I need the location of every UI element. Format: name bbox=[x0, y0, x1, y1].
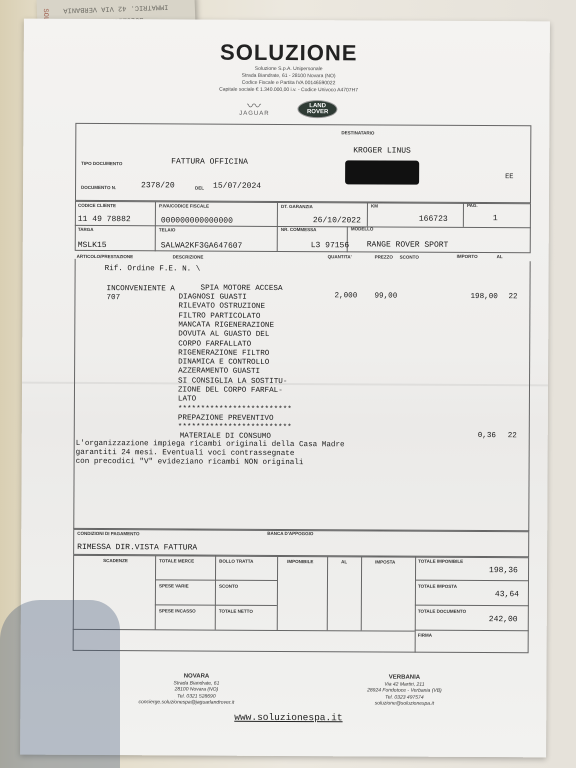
warranty-date: 26/10/2022 bbox=[313, 216, 361, 225]
footer-novara: NOVARA Strada Biandrate, 61 28100 Novara… bbox=[146, 673, 246, 706]
jaguar-logo: 〰 JAGUAR bbox=[239, 101, 269, 117]
hand-shadow bbox=[0, 600, 120, 768]
col-quantity: QUANTITA' bbox=[328, 254, 352, 259]
km-label: KM bbox=[371, 203, 378, 208]
item-vat: 22 bbox=[508, 293, 517, 302]
item-code-2: 707 bbox=[106, 294, 120, 303]
plate-label: TARGA bbox=[78, 227, 94, 232]
doc-type-label: TIPO DOCUMENTO bbox=[81, 161, 122, 166]
description-line: MANCATA RIGENERAZIONE bbox=[178, 321, 274, 331]
net-total-label: TOTALE NETTO bbox=[219, 609, 253, 614]
doc-type: FATTURA OFFICINA bbox=[171, 157, 248, 166]
footer-verbania: VERBANIA Via 42 Martiri, 211 28924 Fondo… bbox=[354, 674, 454, 707]
vat-id-label: P.IVA/CODICE FISCALE bbox=[159, 203, 209, 208]
payment-terms-label: CONDIZIONI DI PAGAMENTO bbox=[77, 531, 139, 536]
document-total: 242,00 bbox=[489, 615, 518, 624]
doc-number-label: DOCUMENTO N. bbox=[81, 185, 116, 190]
km-value: 166723 bbox=[419, 215, 448, 224]
signature-label: FIRMA bbox=[418, 633, 432, 638]
bank-label: BANCA D'APPOGGIO bbox=[267, 531, 313, 536]
col-discount: SCONTO bbox=[400, 255, 419, 260]
item-quantity: 2,000 bbox=[334, 292, 357, 301]
vat-id: 000000000000000 bbox=[161, 216, 233, 225]
recipient-label: DESTINATARIO bbox=[341, 130, 374, 135]
misc-expenses-label: SPESE VARIE bbox=[159, 583, 189, 588]
due-dates-label: SCADENZE bbox=[103, 558, 128, 563]
rate-label: AL bbox=[341, 559, 347, 564]
taxable-total: 198,36 bbox=[489, 566, 518, 575]
item-description bbox=[24, 19, 550, 22]
description-line: ************************* bbox=[178, 424, 292, 434]
warranty-date-label: DT. GARANZIA bbox=[281, 204, 313, 209]
description-line: RIGENERAZIONE FILTRO bbox=[178, 349, 269, 359]
col-amount: IMPORTO bbox=[457, 254, 478, 259]
item-amount: 198,00 bbox=[470, 293, 497, 302]
vin: SALWA2KF3GA647607 bbox=[161, 241, 243, 250]
description-line: FILTRO PARTICOLATO bbox=[178, 312, 260, 322]
redacted-address bbox=[345, 160, 419, 184]
tax-total: 43,64 bbox=[495, 590, 519, 599]
vin-label: TELAIO bbox=[159, 227, 176, 232]
doc-date: 15/07/2024 bbox=[213, 182, 261, 191]
order-number: L3 97156 bbox=[311, 241, 349, 250]
description-line: CORPO FARFALLATO bbox=[178, 340, 251, 350]
item-price: 99,00 bbox=[374, 292, 397, 301]
grid-line bbox=[463, 203, 464, 227]
item2-amount: 0,36 bbox=[478, 432, 496, 441]
discount-label: SCONTO bbox=[219, 584, 238, 589]
doc-number: 2378/20 bbox=[141, 181, 175, 190]
grid-line bbox=[367, 202, 368, 226]
order-reference: Rif. Ordine F.E. N. \ bbox=[105, 265, 201, 275]
col-price: PREZZO bbox=[375, 254, 393, 259]
item2-vat: 22 bbox=[508, 432, 517, 441]
recipient-suffix: EE bbox=[505, 173, 513, 181]
collection-fees-label: SPESE INCASSO bbox=[159, 608, 196, 613]
customer-code-label: CODICE CLIENTE bbox=[78, 203, 116, 208]
company-header: SOLUZIONE Soluzione S.p.A. Unipersonale … bbox=[193, 40, 383, 119]
description-line: DINAMICA E CONTROLLO bbox=[178, 359, 269, 369]
doc-date-label: DEL bbox=[195, 186, 204, 191]
notice-line: con precodici "V" evideziano ricambi NON… bbox=[76, 458, 304, 468]
tax-total-label: TOTALE IMPOSTA bbox=[418, 584, 457, 589]
taxable-total-label: TOTALE IMPONIBILE bbox=[418, 559, 463, 564]
description-line: PREPAZIONE PREVENTIVO bbox=[178, 414, 274, 424]
jaguar-leaper-icon: 〰 bbox=[239, 101, 269, 111]
company-line: Capitale sociale € 1.340.000,00 i.v. - C… bbox=[194, 87, 384, 95]
website-link[interactable]: www.soluzionespa.it bbox=[234, 712, 342, 724]
customer-code: 11 49 78882 bbox=[78, 215, 131, 224]
taxable-label: IMPONIBILE bbox=[287, 559, 313, 564]
col-vat: AL bbox=[497, 254, 503, 259]
payment-terms: RIMESSA DIR.VISTA FATTURA bbox=[77, 543, 197, 553]
description-line: DOVUTA AL GUASTO DEL bbox=[178, 331, 269, 341]
description-line: SI CONSIGLIA LA SOSTITU- bbox=[178, 377, 287, 387]
description-line: DIAGNOSI GUASTI bbox=[178, 293, 246, 303]
recipient-name: KROGER LINUS bbox=[353, 146, 411, 155]
document-info-box bbox=[75, 123, 531, 203]
goods-total-label: TOTALE MERCE bbox=[159, 558, 194, 563]
line-items-box bbox=[73, 259, 530, 531]
land-rover-logo: LANDROVER bbox=[298, 100, 338, 118]
order-number-label: NR. COMMESSA bbox=[281, 227, 317, 232]
tax-label: IMPOSTA bbox=[375, 559, 395, 564]
description-line: ZIONE DEL CORPO FARFAL- bbox=[178, 386, 283, 396]
page-label: PAG. bbox=[467, 203, 478, 208]
stamp-duty-label: BOLLO TRATTA bbox=[219, 559, 253, 564]
description-line: LATO bbox=[178, 396, 196, 405]
description-line: RILEVATO OSTRUZIONE bbox=[178, 303, 265, 313]
plate: MSLK15 bbox=[78, 241, 107, 250]
model: RANGE ROVER SPORT bbox=[367, 240, 449, 249]
document-total-label: TOTALE DOCUMENTO bbox=[418, 609, 466, 614]
page-value: 1 bbox=[493, 214, 498, 223]
company-name: SOLUZIONE bbox=[194, 40, 384, 67]
model-label: MODELLO bbox=[351, 226, 374, 231]
description-line: AZZERAMENTO GUASTI bbox=[178, 368, 260, 378]
